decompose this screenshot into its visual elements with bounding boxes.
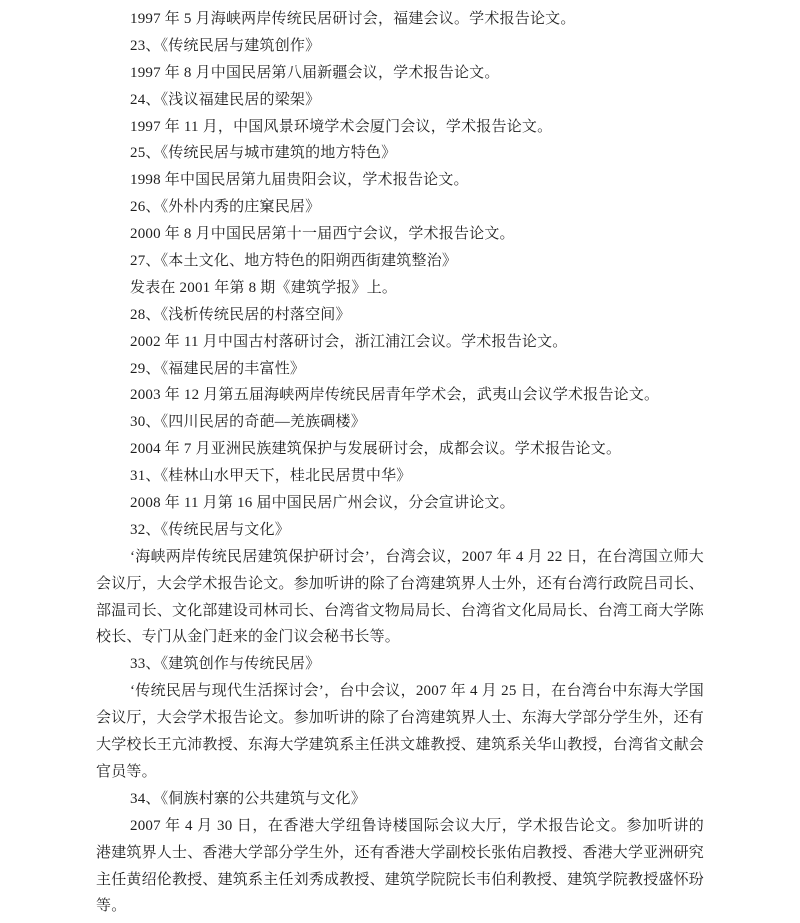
text-line: 会议厅，大会学术报告论文。参加听讲的除了台湾建筑界人士、东海大学部分学生外，还有… bbox=[96, 705, 704, 732]
text-line: 1997 年 8 月中国民居第八届新疆会议，学术报告论文。 bbox=[96, 60, 704, 87]
text-line: 2002 年 11 月中国古村落研讨会，浙江浦江会议。学术报告论文。 bbox=[96, 329, 704, 356]
text-line: 25、《传统民居与城市建筑的地方特色》 bbox=[96, 140, 704, 167]
text-line: 27、《本土文化、地方特色的阳朔西街建筑整治》 bbox=[96, 248, 704, 275]
document-page: 1997 年 5 月海峡两岸传统民居研讨会，福建会议。学术报告论文。23、《传统… bbox=[0, 0, 800, 923]
text-line: 大学校长王亢沛教授、东海大学建筑系主任洪文雄教授、建筑系关华山教授，台湾省文献会… bbox=[96, 732, 704, 759]
text-line: 港建筑界人士、香港大学部分学生外，还有香港大学副校长张佑启教授、香港大学亚洲研究… bbox=[96, 840, 704, 867]
text-line: ‘传统民居与现代生活探讨会’，台中会议，2007 年 4 月 25 日，在台湾台… bbox=[96, 678, 704, 705]
text-line: 主任黄绍伦教授、建筑系主任刘秀成教授、建筑学院院长韦伯利教授、建筑学院教授盛怀玢… bbox=[96, 867, 704, 894]
text-line: 2003 年 12 月第五届海峡两岸传统民居青年学术会，武夷山会议学术报告论文。 bbox=[96, 382, 704, 409]
text-line: 32、《传统民居与文化》 bbox=[96, 517, 704, 544]
text-line: 29、《福建民居的丰富性》 bbox=[96, 356, 704, 383]
text-line: 2007 年 4 月 30 日，在香港大学纽鲁诗楼国际会议大厅，学术报告论文。参… bbox=[96, 813, 704, 840]
text-line: 部温司长、文化部建设司林司长、台湾省文物局局长、台湾省文化局局长、台湾工商大学陈… bbox=[96, 598, 704, 625]
text-line: 2000 年 8 月中国民居第十一届西宁会议，学术报告论文。 bbox=[96, 221, 704, 248]
text-line: 校长、专门从金门赶来的金门议会秘书长等。 bbox=[96, 624, 704, 651]
text-line: 2004 年 7 月亚洲民族建筑保护与发展研讨会，成都会议。学术报告论文。 bbox=[96, 436, 704, 463]
text-line: 34、《侗族村寨的公共建筑与文化》 bbox=[96, 786, 704, 813]
text-line: 28、《浅析传统民居的村落空间》 bbox=[96, 302, 704, 329]
text-line: 会议厅，大会学术报告论文。参加听讲的除了台湾建筑界人士外，还有台湾行政院吕司长、… bbox=[96, 571, 704, 598]
text-line: 23、《传统民居与建筑创作》 bbox=[96, 33, 704, 60]
text-line: 33、《建筑创作与传统民居》 bbox=[96, 651, 704, 678]
text-line: 24、《浅议福建民居的梁架》 bbox=[96, 87, 704, 114]
text-line: 1997 年 11 月，中国风景环境学术会厦门会议，学术报告论文。 bbox=[96, 114, 704, 141]
text-line: 发表在 2001 年第 8 期《建筑学报》上。 bbox=[96, 275, 704, 302]
text-line: 31、《桂林山水甲天下，桂北民居贯中华》 bbox=[96, 463, 704, 490]
text-line: 30、《四川民居的奇葩—羌族碉楼》 bbox=[96, 409, 704, 436]
text-line: 1998 年中国民居第九届贵阳会议，学术报告论文。 bbox=[96, 167, 704, 194]
text-line: ‘海峡两岸传统民居建筑保护研讨会’，台湾会议，2007 年 4 月 22 日，在… bbox=[96, 544, 704, 571]
text-line: 官员等。 bbox=[96, 759, 704, 786]
text-line: 1997 年 5 月海峡两岸传统民居研讨会，福建会议。学术报告论文。 bbox=[96, 6, 704, 33]
text-line: 26、《外朴内秀的庄窠民居》 bbox=[96, 194, 704, 221]
publication-list: 1997 年 5 月海峡两岸传统民居研讨会，福建会议。学术报告论文。23、《传统… bbox=[96, 6, 704, 920]
text-line: 2008 年 11 月第 16 届中国民居广州会议，分会宣讲论文。 bbox=[96, 490, 704, 517]
text-line: 等。 bbox=[96, 893, 704, 920]
